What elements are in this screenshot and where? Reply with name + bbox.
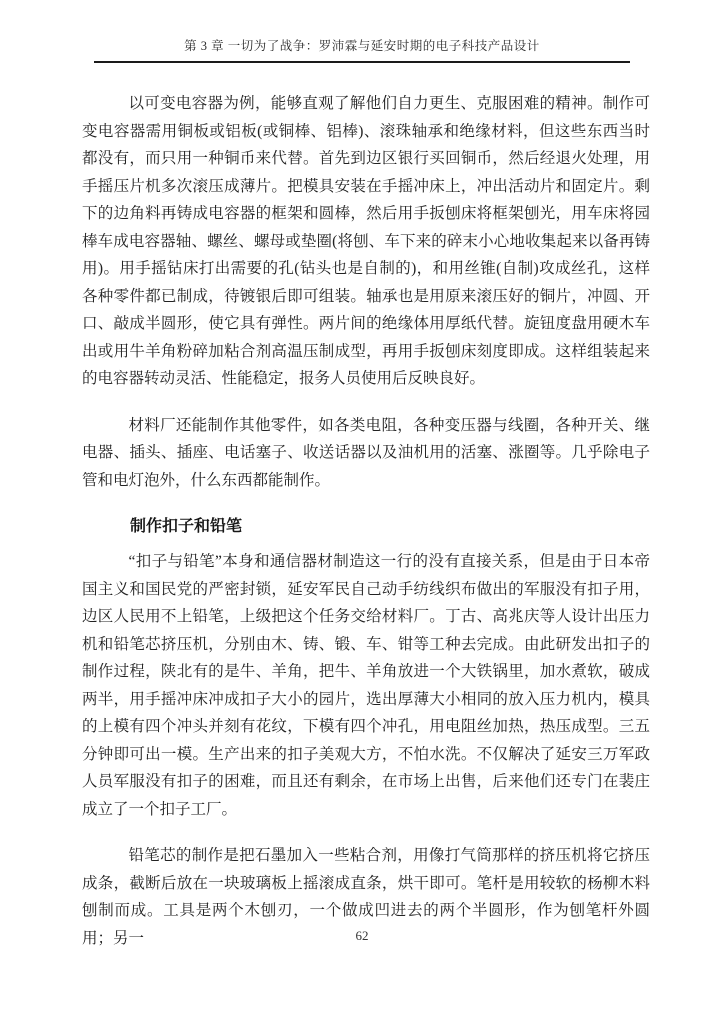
paragraph-button-making: “扣子与铅笔”本身和通信器材制造这一行的没有直接关系，但是由于日本帝国主义和国民… [82, 548, 650, 823]
page-number: 62 [0, 928, 724, 944]
section-heading-buttons-and-pencils: 制作扣子和铅笔 [82, 513, 650, 540]
paragraph-other-parts: 材料厂还能制作其他零件，如各类电阻，各种变压器与线圈，各种开关、继电器、插头、插… [82, 412, 650, 495]
page-body: 以可变电容器为例，能够直观了解他们自力更生、克服困难的精神。制作可变电容器需用铜… [82, 90, 650, 971]
running-header: 第 3 章 一切为了战争：罗沛霖与延安时期的电子科技产品设计 [94, 36, 630, 63]
paragraph-capacitor-making: 以可变电容器为例，能够直观了解他们自力更生、克服困难的精神。制作可变电容器需用铜… [82, 90, 650, 393]
chapter-header-title: 第 3 章 一切为了战争：罗沛霖与延安时期的电子科技产品设计 [94, 36, 630, 54]
document-page: 第 3 章 一切为了战争：罗沛霖与延安时期的电子科技产品设计 以可变电容器为例，… [0, 0, 724, 1023]
